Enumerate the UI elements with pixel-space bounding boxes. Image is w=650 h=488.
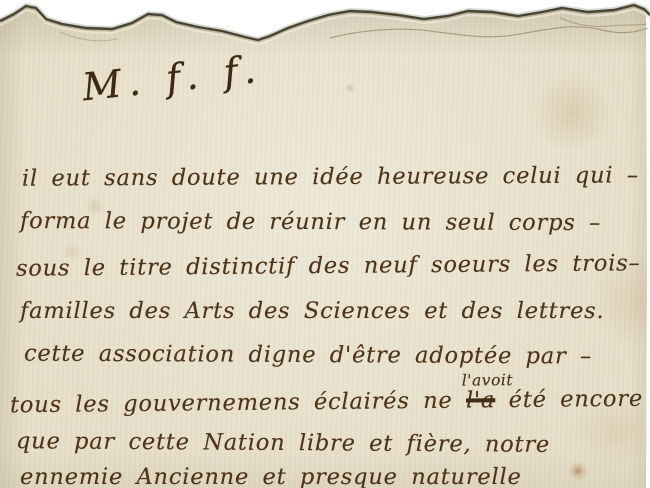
manuscript-line-3: sous le titre distinctif des neuf soeurs… <box>16 250 641 281</box>
manuscript-line-8: ennemie Ancienne et presque naturelle <box>20 464 522 488</box>
manuscript-line-1: il eut sans doute une idée heureuse celu… <box>22 162 639 191</box>
manuscript-line-4: familles des Arts des Sciences et des le… <box>20 298 604 324</box>
manuscript-line-6-amended: tous les gouvernemens éclairés ne l'avoi… <box>10 386 643 419</box>
amended-prefix: tous les gouvernemens éclairés ne <box>10 388 453 419</box>
struck-word: l'a <box>466 387 495 413</box>
manuscript-heading: M. f. f. <box>80 47 264 110</box>
manuscript-scan: M. f. f. il eut sans doute une idée heur… <box>0 0 650 488</box>
handwriting-layer: M. f. f. il eut sans doute une idée heur… <box>0 0 650 488</box>
amended-correction: l'avoit l'a <box>466 387 495 413</box>
inserted-word: l'avoit <box>462 371 513 390</box>
manuscript-line-5: cette association digne d'être adoptée p… <box>24 341 592 370</box>
amended-suffix: été encore <box>509 386 644 413</box>
manuscript-line-7: que par cette Nation libre et fière, not… <box>16 428 550 458</box>
manuscript-line-2: forma le projet de réunir en un seul cor… <box>20 208 601 236</box>
